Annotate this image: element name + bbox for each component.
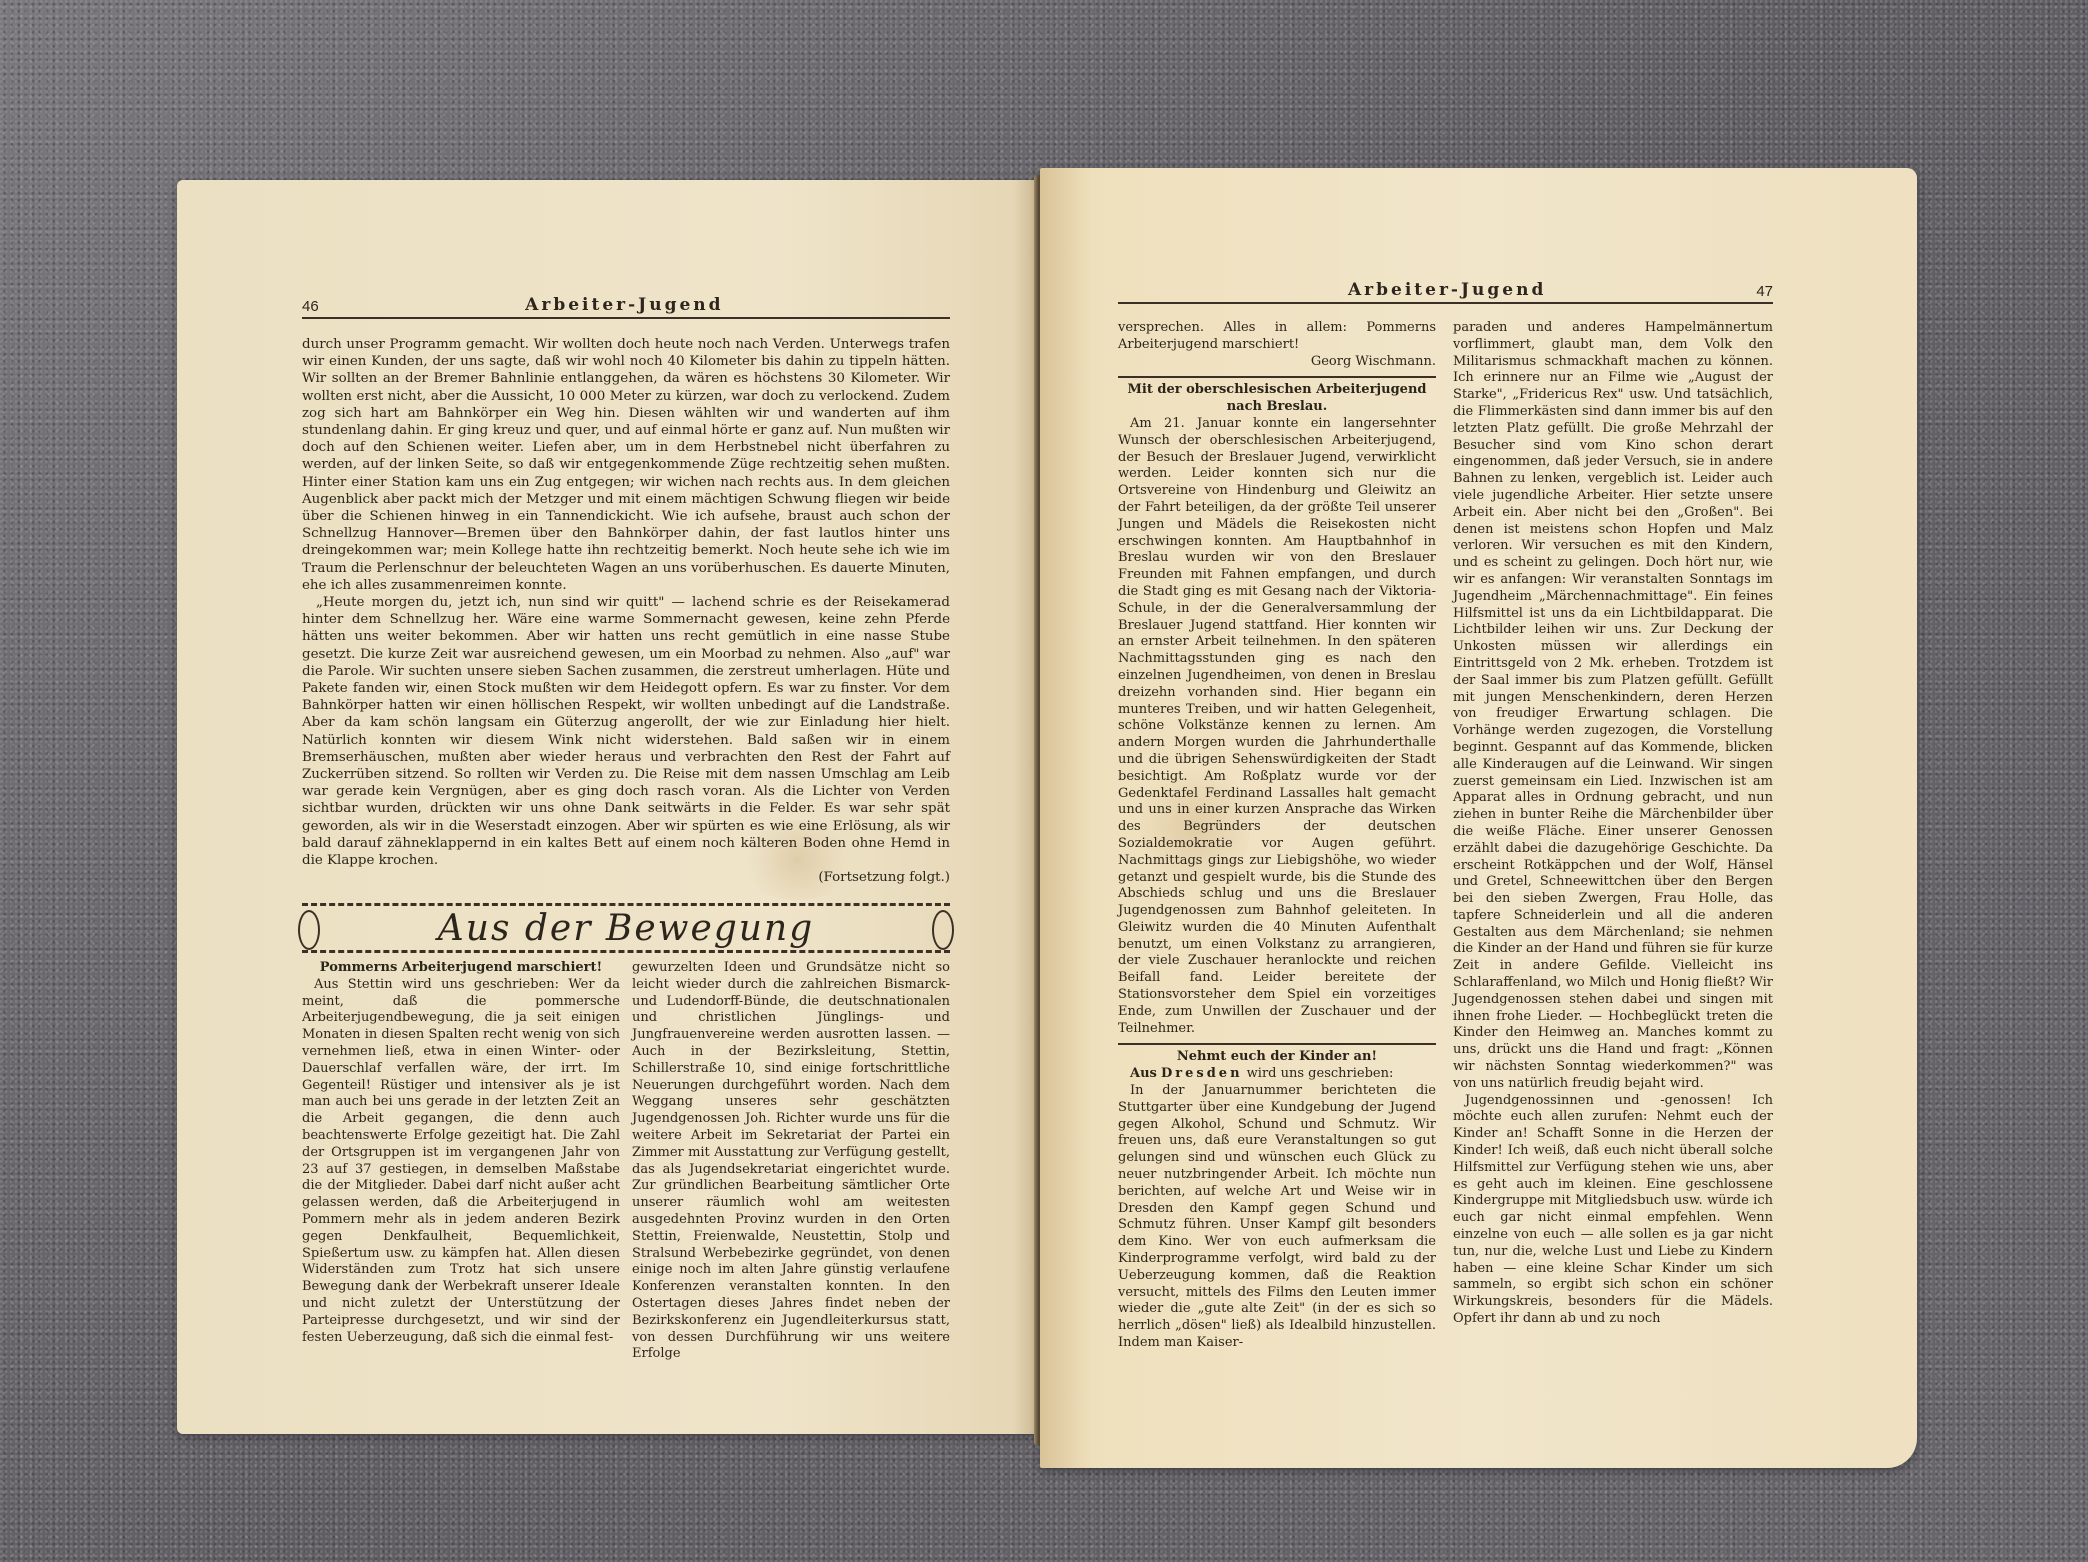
story-paragraph: durch unser Programm gemacht. Wir wollte… [302,336,950,594]
page-number-left: 46 [302,298,319,315]
left-page: 46 Arbeiter-Jugend durch unser Programm … [177,180,1039,1434]
section-banner: Aus der Bewegung [302,903,950,953]
article-divider [1118,376,1436,378]
kinder-text-col1: In der Januarnummer berichteten die Stut… [1118,1083,1436,1352]
page-number-right: 47 [1756,283,1773,300]
right-column-2: paraden und anderes Hampelmännertum vorf… [1453,320,1773,1328]
pommern-article-column-1: Pommerns Arbeiterjugend marschiert! Aus … [302,960,620,1346]
author-signature: Georg Wischmann. [1118,354,1436,371]
journal-title-left: Arbeiter-Jugend [525,295,723,315]
pommern-text-col2: gewurzelten Ideen und Grundsätze nicht s… [632,960,950,1363]
pommern-headline: Pommerns Arbeiterjugend marschiert! [302,960,620,977]
running-head-left: 46 Arbeiter-Jugend [302,295,950,319]
pommern-text-col1: Aus Stettin wird uns geschrieben: Wer da… [302,977,620,1347]
breslau-text: Am 21. Januar konnte ein langersehnter W… [1118,416,1436,1037]
dateline-suffix: wird uns geschrieben: [1247,1066,1394,1081]
pommern-ending: versprechen. Alles in allem: Pommerns Ar… [1118,320,1436,354]
pommern-article-column-2: gewurzelten Ideen und Grundsätze nicht s… [632,960,950,1363]
running-head-right: Arbeiter-Jugend 47 [1118,280,1773,304]
kinder-text-col2: paraden und anderes Hampelmännertum vorf… [1453,320,1773,1093]
dateline-prefix: Aus [1130,1066,1157,1081]
section-banner-title: Aus der Bewegung [438,908,814,949]
right-column-1: versprechen. Alles in allem: Pommerns Ar… [1118,320,1436,1352]
story-paragraph: „Heute morgen du, jetzt ich, nun sind wi… [302,594,950,869]
kinder-text-col2-closing: Jugendgenossinnen und -genossen! Ich möc… [1453,1093,1773,1328]
continuation-note: (Fortsetzung folgt.) [302,869,950,886]
breslau-headline: Mit der oberschlesischen Arbeiterjugend … [1118,382,1436,416]
journal-title-right: Arbeiter-Jugend [1348,280,1546,300]
kinder-dateline: Aus Dresden wird uns geschrieben: [1118,1066,1436,1083]
article-divider [1118,1043,1436,1045]
travel-story-continuation: durch unser Programm gemacht. Wir wollte… [302,336,950,887]
right-page: Arbeiter-Jugend 47 versprechen. Alles in… [1040,168,1917,1468]
dateline-city: Dresden [1161,1066,1243,1081]
kinder-headline: Nehmt euch der Kinder an! [1118,1049,1436,1066]
